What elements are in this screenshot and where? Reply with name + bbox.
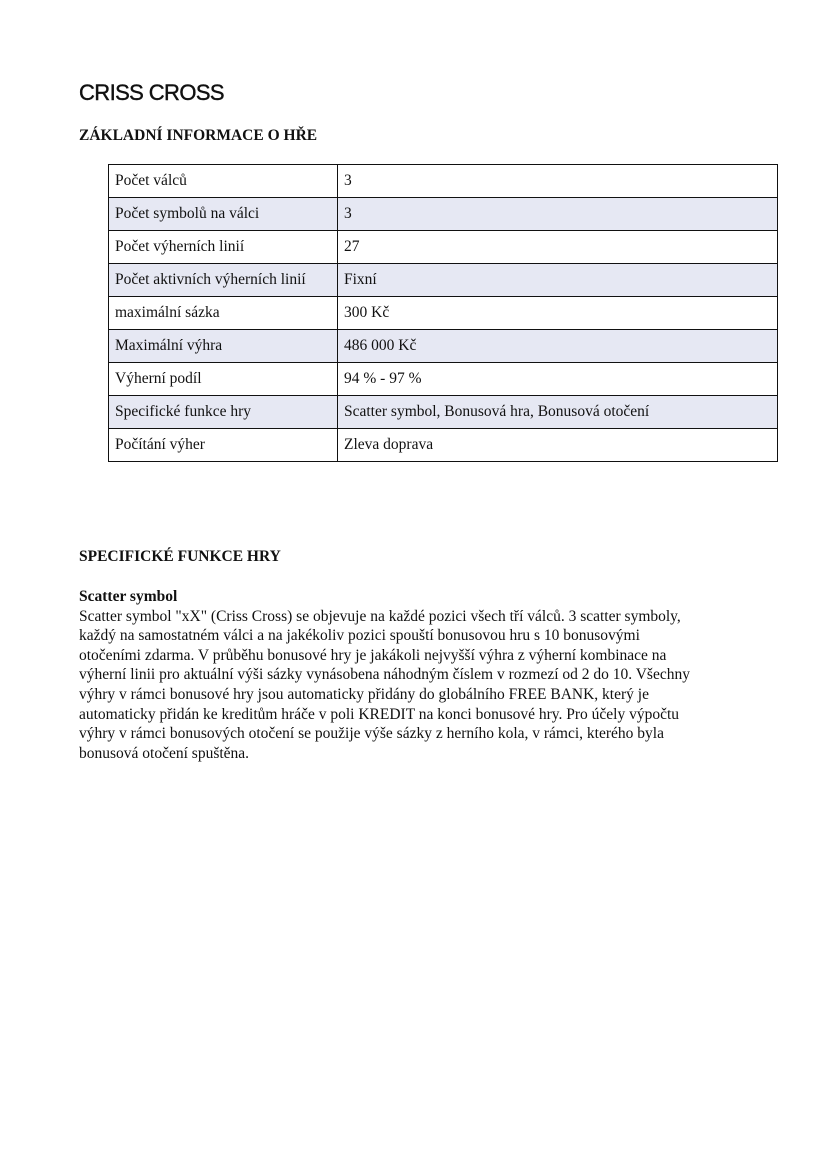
row-value: Fixní (338, 264, 778, 297)
row-label: Počet aktivních výherních linií (109, 264, 338, 297)
row-value: 486 000 Kč (338, 330, 778, 363)
basic-info-table: Počet válců 3 Počet symbolů na válci 3 P… (108, 164, 778, 462)
row-value: 3 (338, 198, 778, 231)
table-row: Počítání výher Zleva doprava (109, 429, 778, 462)
row-label: Počet válců (109, 165, 338, 198)
table-row: Počet výherních linií 27 (109, 231, 778, 264)
basic-info-heading: ZÁKLADNÍ INFORMACE O HŘE (79, 127, 317, 145)
row-value: 27 (338, 231, 778, 264)
feature-description: Scatter symbol "xX" (Criss Cross) se obj… (79, 607, 749, 764)
row-label: Maximální výhra (109, 330, 338, 363)
table-row: Specifické funkce hry Scatter symbol, Bo… (109, 396, 778, 429)
row-value: Scatter symbol, Bonusová hra, Bonusová o… (338, 396, 778, 429)
row-value: Zleva doprava (338, 429, 778, 462)
features-heading: SPECIFICKÉ FUNKCE HRY (79, 548, 281, 566)
feature-title: Scatter symbol (79, 587, 749, 607)
table-row: Výherní podíl 94 % - 97 % (109, 363, 778, 396)
document-page: CRISS CROSS ZÁKLADNÍ INFORMACE O HŘE Poč… (0, 0, 826, 1169)
row-value: 300 Kč (338, 297, 778, 330)
table-row: Počet symbolů na válci 3 (109, 198, 778, 231)
table-row: Počet válců 3 (109, 165, 778, 198)
row-label: Specifické funkce hry (109, 396, 338, 429)
table-row: maximální sázka 300 Kč (109, 297, 778, 330)
row-label: Výherní podíl (109, 363, 338, 396)
row-label: maximální sázka (109, 297, 338, 330)
table-row: Počet aktivních výherních linií Fixní (109, 264, 778, 297)
row-label: Počítání výher (109, 429, 338, 462)
document-title: CRISS CROSS (79, 80, 224, 106)
row-value: 94 % - 97 % (338, 363, 778, 396)
feature-scatter-symbol: Scatter symbol Scatter symbol "xX" (Cris… (79, 587, 749, 763)
row-value: 3 (338, 165, 778, 198)
table-row: Maximální výhra 486 000 Kč (109, 330, 778, 363)
row-label: Počet symbolů na válci (109, 198, 338, 231)
row-label: Počet výherních linií (109, 231, 338, 264)
